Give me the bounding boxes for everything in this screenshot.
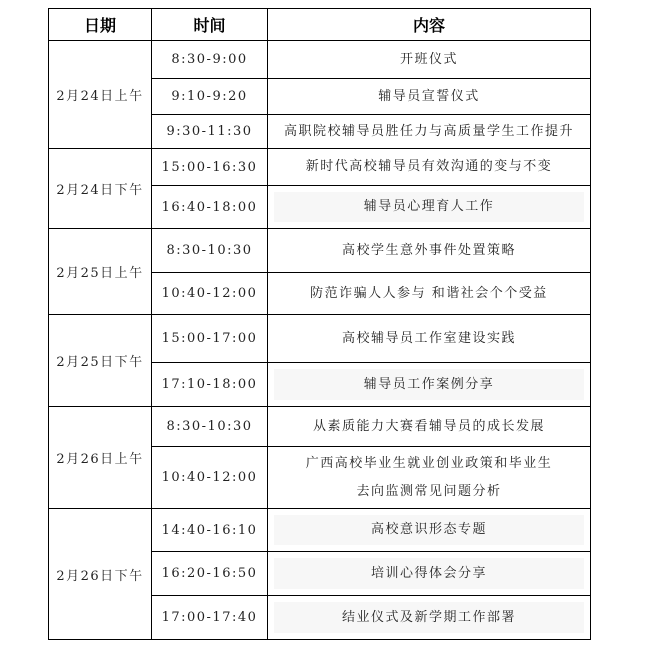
content-text: 开班仪式 <box>268 46 590 74</box>
table-row: 2月25日上午8:30-10:30高校学生意外事件处置策略 <box>49 229 591 273</box>
content-cell: 高校学生意外事件处置策略 <box>268 229 591 273</box>
table-row: 2月26日下午14:40-16:10高校意识形态专题 <box>49 509 591 552</box>
content-text: 辅导员工作案例分享 <box>268 371 590 399</box>
header-row: 日期 时间 内容 <box>49 9 591 41</box>
header-content: 内容 <box>268 9 591 41</box>
time-cell: 17:00-17:40 <box>152 596 268 640</box>
content-text: 培训心得体会分享 <box>268 560 590 588</box>
date-cell: 2月26日上午 <box>49 407 152 509</box>
content-cell: 开班仪式 <box>268 41 591 79</box>
time-cell: 17:10-18:00 <box>152 363 268 407</box>
content-cell: 高校辅导员工作室建设实践 <box>268 315 591 363</box>
date-cell: 2月26日下午 <box>49 509 152 640</box>
date-cell: 2月24日上午 <box>49 41 152 149</box>
content-text: 辅导员心理育人工作 <box>268 193 590 221</box>
content-cell: 辅导员宣誓仪式 <box>268 79 591 115</box>
content-text: 新时代高校辅导员有效沟通的变与不变 <box>268 153 590 181</box>
content-text: 广西高校毕业生就业创业政策和毕业生 去向监测常见问题分析 <box>268 450 590 506</box>
content-cell: 从素质能力大赛看辅导员的成长发展 <box>268 407 591 447</box>
content-text: 从素质能力大赛看辅导员的成长发展 <box>268 413 590 441</box>
time-cell: 10:40-12:00 <box>152 447 268 509</box>
date-cell: 2月25日上午 <box>49 229 152 315</box>
date-cell: 2月25日下午 <box>49 315 152 407</box>
time-cell: 9:10-9:20 <box>152 79 268 115</box>
content-text: 高校辅导员工作室建设实践 <box>268 325 590 353</box>
time-cell: 14:40-16:10 <box>152 509 268 552</box>
schedule-body: 2月24日上午8:30-9:00开班仪式9:10-9:20辅导员宣誓仪式9:30… <box>49 41 591 640</box>
table-row: 2月25日下午15:00-17:00高校辅导员工作室建设实践 <box>49 315 591 363</box>
training-schedule-table: 日期 时间 内容 2月24日上午8:30-9:00开班仪式9:10-9:20辅导… <box>48 8 591 640</box>
time-cell: 8:30-10:30 <box>152 407 268 447</box>
content-text: 结业仪式及新学期工作部署 <box>268 604 590 632</box>
time-cell: 16:40-18:00 <box>152 186 268 229</box>
time-cell: 8:30-9:00 <box>152 41 268 79</box>
content-cell: 辅导员心理育人工作 <box>268 186 591 229</box>
content-text: 高校学生意外事件处置策略 <box>268 237 590 265</box>
table-row: 2月24日上午8:30-9:00开班仪式 <box>49 41 591 79</box>
content-cell: 结业仪式及新学期工作部署 <box>268 596 591 640</box>
content-text: 高校意识形态专题 <box>268 516 590 544</box>
time-cell: 16:20-16:50 <box>152 552 268 596</box>
content-cell: 辅导员工作案例分享 <box>268 363 591 407</box>
time-cell: 8:30-10:30 <box>152 229 268 273</box>
content-cell: 新时代高校辅导员有效沟通的变与不变 <box>268 149 591 186</box>
header-time: 时间 <box>152 9 268 41</box>
content-text: 辅导员宣誓仪式 <box>268 83 590 111</box>
time-cell: 15:00-16:30 <box>152 149 268 186</box>
content-cell: 高职院校辅导员胜任力与高质量学生工作提升 <box>268 115 591 149</box>
content-cell: 广西高校毕业生就业创业政策和毕业生 去向监测常见问题分析 <box>268 447 591 509</box>
content-text: 防范诈骗人人参与 和谐社会个个受益 <box>268 280 590 308</box>
time-cell: 15:00-17:00 <box>152 315 268 363</box>
content-cell: 防范诈骗人人参与 和谐社会个个受益 <box>268 273 591 315</box>
table-row: 2月26日上午8:30-10:30从素质能力大赛看辅导员的成长发展 <box>49 407 591 447</box>
time-cell: 10:40-12:00 <box>152 273 268 315</box>
table-row: 2月24日下午15:00-16:30新时代高校辅导员有效沟通的变与不变 <box>49 149 591 186</box>
content-cell: 高校意识形态专题 <box>268 509 591 552</box>
date-cell: 2月24日下午 <box>49 149 152 229</box>
content-cell: 培训心得体会分享 <box>268 552 591 596</box>
content-text: 高职院校辅导员胜任力与高质量学生工作提升 <box>268 118 590 146</box>
time-cell: 9:30-11:30 <box>152 115 268 149</box>
header-date: 日期 <box>49 9 152 41</box>
